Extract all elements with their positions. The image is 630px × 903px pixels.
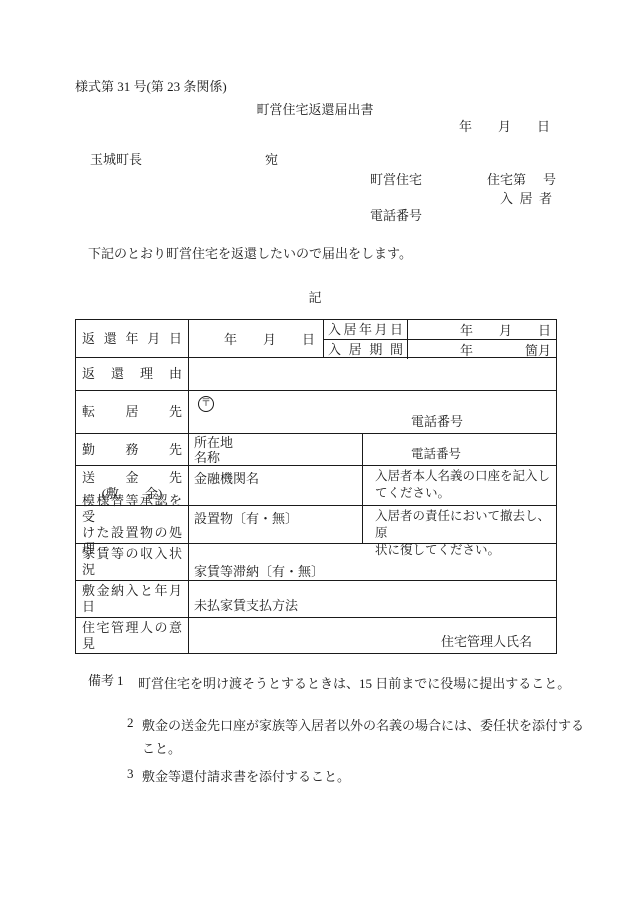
workplace-location-label: 所在地 bbox=[194, 435, 357, 450]
bank-name-cell: 金融機関名 bbox=[189, 466, 363, 505]
new-address-value-cell: 〒 電話番号 bbox=[189, 391, 556, 433]
tenancy-period-value: 年 箇月 bbox=[408, 340, 556, 359]
postal-mark-icon: 〒 bbox=[198, 396, 214, 412]
move-in-date-label-cell: 入居年月日 bbox=[324, 320, 408, 339]
row-label-cell: 家賃等の収入状況 bbox=[76, 544, 189, 580]
table-row-rent-status: 家賃等の収入状況 家賃等滞納〔有・無〕 未払家賃支払方法 bbox=[76, 544, 556, 581]
addressee-suffix: 宛 bbox=[265, 151, 278, 168]
tenancy-period-label-cell: 入居期間 bbox=[324, 340, 408, 359]
addressee: 玉城町長 bbox=[90, 151, 142, 168]
record-heading: 記 bbox=[0, 287, 630, 306]
move-in-subtable: 入居年月日 年 月 日 入居期間 年 箇月 bbox=[324, 320, 556, 357]
housing-type-label: 町営住宅 bbox=[370, 171, 422, 188]
table-row-workplace: 勤務先 所在地 名称 電話番号 bbox=[76, 434, 556, 466]
move-in-date-label: 入居年月日 bbox=[328, 322, 403, 338]
notes-heading: 備考 bbox=[88, 672, 114, 689]
deposit-value-cell bbox=[189, 581, 556, 617]
tenancy-period-label: 入居期間 bbox=[328, 342, 403, 358]
housing-number-unit: 号 bbox=[543, 171, 556, 188]
phone-label: 電話番号 bbox=[411, 446, 461, 463]
resident-label: 入 居 者 bbox=[500, 190, 552, 207]
table-row-installations: 模様替等承認を受 けた設置物の処理 設置物〔有・無〕 入居者の責任において撤去し… bbox=[76, 506, 556, 544]
installation-note-cell: 入居者の責任において撤去し、原 状に復してください。 bbox=[363, 506, 556, 543]
row-label: 敷金納入と年月日 bbox=[82, 583, 182, 615]
tenancy-period-row: 入居期間 年 箇月 bbox=[324, 340, 556, 359]
note-2-number: 2 bbox=[127, 714, 134, 731]
intro-sentence: 下記のとおり町営住宅を返還したいので届出をします。 bbox=[88, 245, 412, 262]
manager-name-label: 住宅管理人氏名 bbox=[441, 631, 532, 650]
date-line: 年 月 日 bbox=[459, 118, 550, 135]
note-2-text: 敷金の送金先口座が家族等入居者以外の名義の場合には、委任状を添付する こと。 bbox=[142, 714, 584, 760]
return-reason-value-cell bbox=[189, 358, 556, 390]
row-label-cell: 勤務先 bbox=[76, 434, 189, 465]
row-label: 住宅管理人の意見 bbox=[82, 620, 182, 652]
installation-field-cell: 設置物〔有・無〕 bbox=[189, 506, 363, 543]
row-label-cell: 転居先 bbox=[76, 391, 189, 433]
manager-opinion-cell: 住宅管理人氏名 bbox=[189, 618, 556, 653]
row-label-cell: 模様替等承認を受 けた設置物の処理 bbox=[76, 506, 189, 543]
table-row-deposit: 敷金納入と年月日 bbox=[76, 581, 556, 618]
phone-label: 電話番号 bbox=[411, 411, 463, 430]
row-label: 転居先 bbox=[82, 404, 182, 420]
form-number: 様式第 31 号(第 23 条関係) bbox=[75, 78, 227, 95]
rent-arrears-label: 家賃等滞納〔有・無〕 bbox=[194, 563, 551, 580]
phone-label-header: 電話番号 bbox=[370, 207, 422, 224]
row-label-cell: 住宅管理人の意見 bbox=[76, 618, 189, 653]
document-page: 様式第 31 号(第 23 条関係) 町営住宅返還届出書 年 月 日 玉城町長 … bbox=[0, 0, 630, 903]
table-row-new-address: 転居先 〒 電話番号 bbox=[76, 391, 556, 434]
note-1-number: 1 bbox=[117, 672, 124, 689]
workplace-fields-cell: 所在地 名称 bbox=[189, 434, 363, 465]
row-label-cell: 返還年月日 bbox=[76, 320, 189, 357]
form-table: 返還年月日 年 月 日 入居年月日 年 月 日 入居期間 年 箇月 bbox=[75, 319, 557, 654]
installation-label: 設置物〔有・無〕 bbox=[194, 508, 357, 527]
housing-number-label: 住宅第 bbox=[487, 171, 526, 188]
note-1-text: 町営住宅を明け渡そうとするときは、15 日前までに役場に提出すること。 bbox=[138, 672, 570, 695]
remittance-note-cell: 入居者本人名義の口座を記入し てください。 bbox=[363, 466, 556, 505]
note-3-number: 3 bbox=[127, 765, 134, 782]
row-label: 送金先 bbox=[82, 470, 182, 486]
table-row-return-reason: 返還理由 bbox=[76, 358, 556, 391]
row-label: 返還年月日 bbox=[82, 331, 182, 347]
row-label-cell: 返還理由 bbox=[76, 358, 189, 390]
move-in-date-row: 入居年月日 年 月 日 bbox=[324, 320, 556, 340]
note-3-text: 敷金等還付請求書を添付すること。 bbox=[142, 765, 350, 788]
workplace-name-label: 名称 bbox=[194, 450, 357, 465]
table-row-return-date: 返還年月日 年 月 日 入居年月日 年 月 日 入居期間 年 箇月 bbox=[76, 320, 556, 358]
rent-status-cell: 家賃等滞納〔有・無〕 未払家賃支払方法 bbox=[189, 544, 556, 580]
row-label-cell: 敷金納入と年月日 bbox=[76, 581, 189, 617]
bank-name-label: 金融機関名 bbox=[194, 468, 357, 487]
table-row-manager-opinion: 住宅管理人の意見 住宅管理人氏名 bbox=[76, 618, 556, 653]
workplace-phone-cell: 電話番号 bbox=[363, 434, 556, 465]
move-in-date-value: 年 月 日 bbox=[408, 320, 556, 339]
row-label: 勤務先 bbox=[82, 442, 182, 458]
row-label: 返還理由 bbox=[82, 366, 182, 382]
page-title: 町営住宅返還届出書 bbox=[0, 99, 630, 118]
row-label: 家賃等の収入状況 bbox=[82, 546, 182, 578]
return-date-value-cell: 年 月 日 bbox=[189, 320, 324, 357]
